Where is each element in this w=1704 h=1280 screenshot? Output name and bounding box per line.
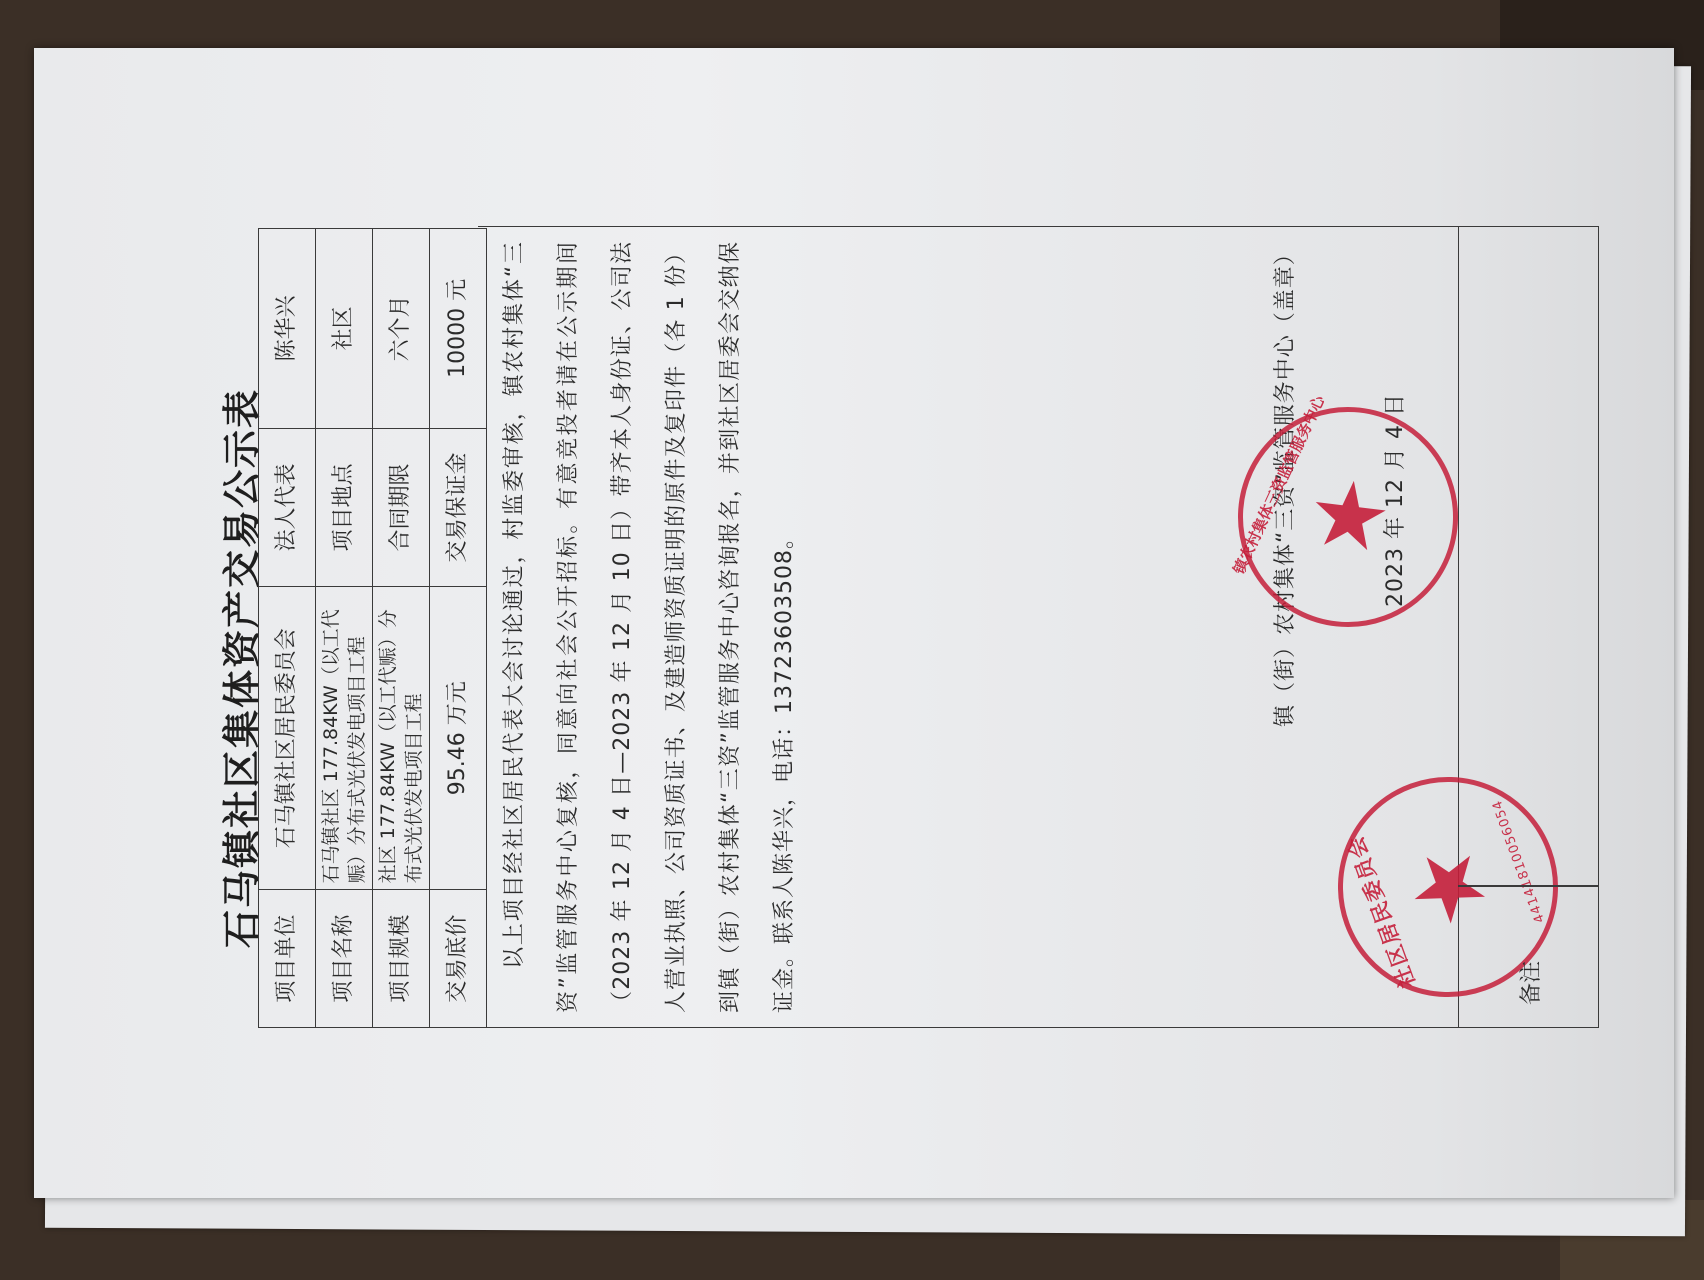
cell-value: 石马镇社区 177.84KW（以工代赈）分布式光伏发电项目工程	[316, 587, 373, 890]
project-info-table: 项目单位 石马镇社区居民委员会 法人代表 陈华兴 项目名称 石马镇社区 177.…	[258, 228, 487, 1028]
remarks-divider	[1458, 886, 1598, 888]
cell-value: 社区 177.84KW（以工代赈）分布式光伏发电项目工程	[373, 587, 430, 890]
official-seal-service-center: 镇农村集体三资监管服务中心 ★	[1202, 371, 1494, 663]
cell-label: 项目名称	[316, 890, 373, 1028]
cell-label: 项目规模	[373, 890, 430, 1028]
table-row: 项目名称 石马镇社区 177.84KW（以工代赈）分布式光伏发电项目工程 项目地…	[316, 229, 373, 1028]
cell-value: 陈华兴	[259, 229, 316, 429]
cell-label: 项目单位	[259, 890, 316, 1028]
notice-page: 石马镇社区集体资产交易公示表 项目单位 石马镇社区居民委员会 法人代表 陈华兴 …	[214, 0, 1534, 1108]
cell-label: 项目地点	[316, 428, 373, 586]
cell-value: 六个月	[373, 229, 430, 429]
remarks-label: 备注	[1514, 961, 1545, 1005]
cell-label: 合同期限	[373, 428, 430, 586]
cell-value: 社区	[316, 229, 373, 429]
table-row: 项目单位 石马镇社区居民委员会 法人代表 陈华兴	[259, 229, 316, 1028]
paper-sheet: 石马镇社区集体资产交易公示表 项目单位 石马镇社区居民委员会 法人代表 陈华兴 …	[34, 48, 1674, 1198]
notice-body: 以上项目经社区居民代表大会讨论通过，村监委审核，镇农村集体“三资”监管服务中心复…	[478, 226, 1459, 1028]
table-row: 项目规模 社区 177.84KW（以工代赈）分布式光伏发电项目工程 合同期限 六…	[373, 229, 430, 1028]
cell-value: 石马镇社区居民委员会	[259, 587, 316, 890]
notice-paragraph: 以上项目经社区居民代表大会讨论通过，村监委审核，镇农村集体“三资”监管服务中心复…	[488, 241, 812, 1013]
remarks-section: 备注	[1458, 226, 1599, 1028]
cell-label: 法人代表	[259, 428, 316, 586]
star-icon: ★	[1289, 460, 1407, 574]
